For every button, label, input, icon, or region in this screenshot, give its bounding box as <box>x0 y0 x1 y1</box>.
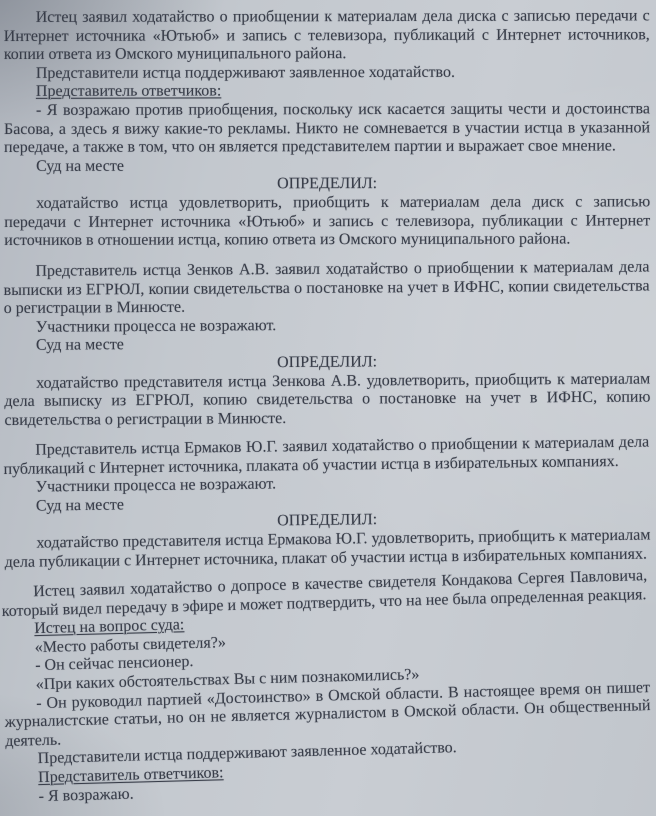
speaker-heading: Представитель ответчиков: <box>4 82 650 102</box>
paragraph: Представители истца поддерживают заявлен… <box>4 63 650 83</box>
paragraph: ходатайство истца удовлетворить, приобщи… <box>4 193 650 250</box>
doc-section-3: Истец заявил ходатайство о допросе в кач… <box>1 567 653 807</box>
paragraph: Истец заявил ходатайство о приобщении к … <box>4 7 650 64</box>
screenshot-root: { "page": { "kind": "scanned-court-heari… <box>0 0 656 816</box>
ruling-heading: ОПРЕДЕЛИЛ: <box>4 175 650 195</box>
paragraph: - Я возражаю против приобщения, поскольк… <box>4 100 650 157</box>
scanned-document-page: Истец заявил ходатайство о приобщении к … <box>0 0 656 816</box>
doc-section-0: Истец заявил ходатайство о приобщении к … <box>4 7 651 250</box>
paragraph: ходатайство представителя истца Зенкова … <box>4 370 650 430</box>
doc-section-2: Представитель истца Ермаков Ю.Г. заявил … <box>3 434 651 573</box>
paragraph: Представитель истца Зенков А.В. заявил х… <box>3 258 649 318</box>
paragraph: ходатайство представителя истца Ермакова… <box>4 527 650 573</box>
paragraph: Суд на месте <box>4 156 650 176</box>
doc-section-1: Представитель истца Зенков А.В. заявил х… <box>3 258 650 430</box>
